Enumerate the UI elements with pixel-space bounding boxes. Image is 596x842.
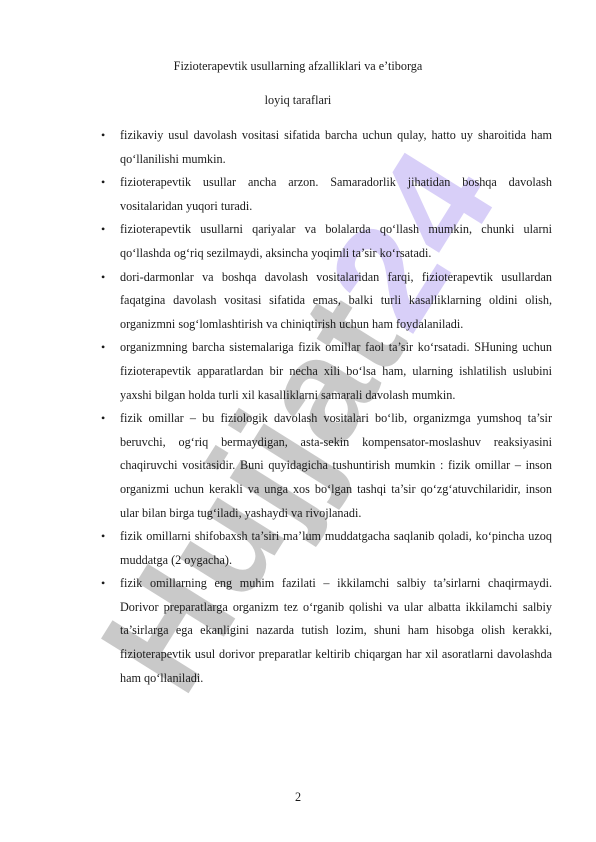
list-item: •organizmning barcha sistemalariga fizik… xyxy=(120,336,552,407)
list-item-text: dori-darmonlar va boshqa davolash vosita… xyxy=(120,270,552,331)
list-item-text: fizioterapevtik usullarni qariyalar va b… xyxy=(120,222,552,260)
list-item: •fizik omillarni shifobaxsh ta’siri ma’l… xyxy=(120,525,552,572)
bullet-icon: • xyxy=(101,336,105,360)
list-item: •dori-darmonlar va boshqa davolash vosit… xyxy=(120,266,552,337)
list-item: •fizikaviy usul davolash vositasi sifati… xyxy=(120,124,552,171)
bullet-icon: • xyxy=(101,572,105,596)
list-item: •fizik omillarning eng muhim fazilati – … xyxy=(120,572,552,690)
document-title-line1: Fizioterapevtik usullarning afzalliklari… xyxy=(0,58,596,74)
bullet-icon: • xyxy=(101,218,105,242)
list-item-text: fizioterapevtik usullar ancha arzon. Sam… xyxy=(120,175,552,213)
bullet-icon: • xyxy=(101,171,105,195)
document-title-line2: loyiq taraflari xyxy=(0,92,596,108)
list-item-text: fizik omillar – bu fiziologik davolash v… xyxy=(120,411,552,519)
bullet-icon: • xyxy=(101,525,105,549)
list-item: •fizik omillar – bu fiziologik davolash … xyxy=(120,407,552,525)
list-item-text: fizikaviy usul davolash vositasi sifatid… xyxy=(120,128,552,166)
bullet-list: •fizikaviy usul davolash vositasi sifati… xyxy=(120,124,552,690)
list-item-text: fizik omillarning eng muhim fazilati – i… xyxy=(120,576,552,684)
bullet-icon: • xyxy=(101,266,105,290)
page-number: 2 xyxy=(0,790,596,805)
list-item-text: fizik omillarni shifobaxsh ta’siri ma’lu… xyxy=(120,529,552,567)
bullet-icon: • xyxy=(101,124,105,148)
list-item-text: organizmning barcha sistemalariga fizik … xyxy=(120,340,552,401)
list-item: •fizioterapevtik usullar ancha arzon. Sa… xyxy=(120,171,552,218)
bullet-icon: • xyxy=(101,407,105,431)
list-item: •fizioterapevtik usullarni qariyalar va … xyxy=(120,218,552,265)
